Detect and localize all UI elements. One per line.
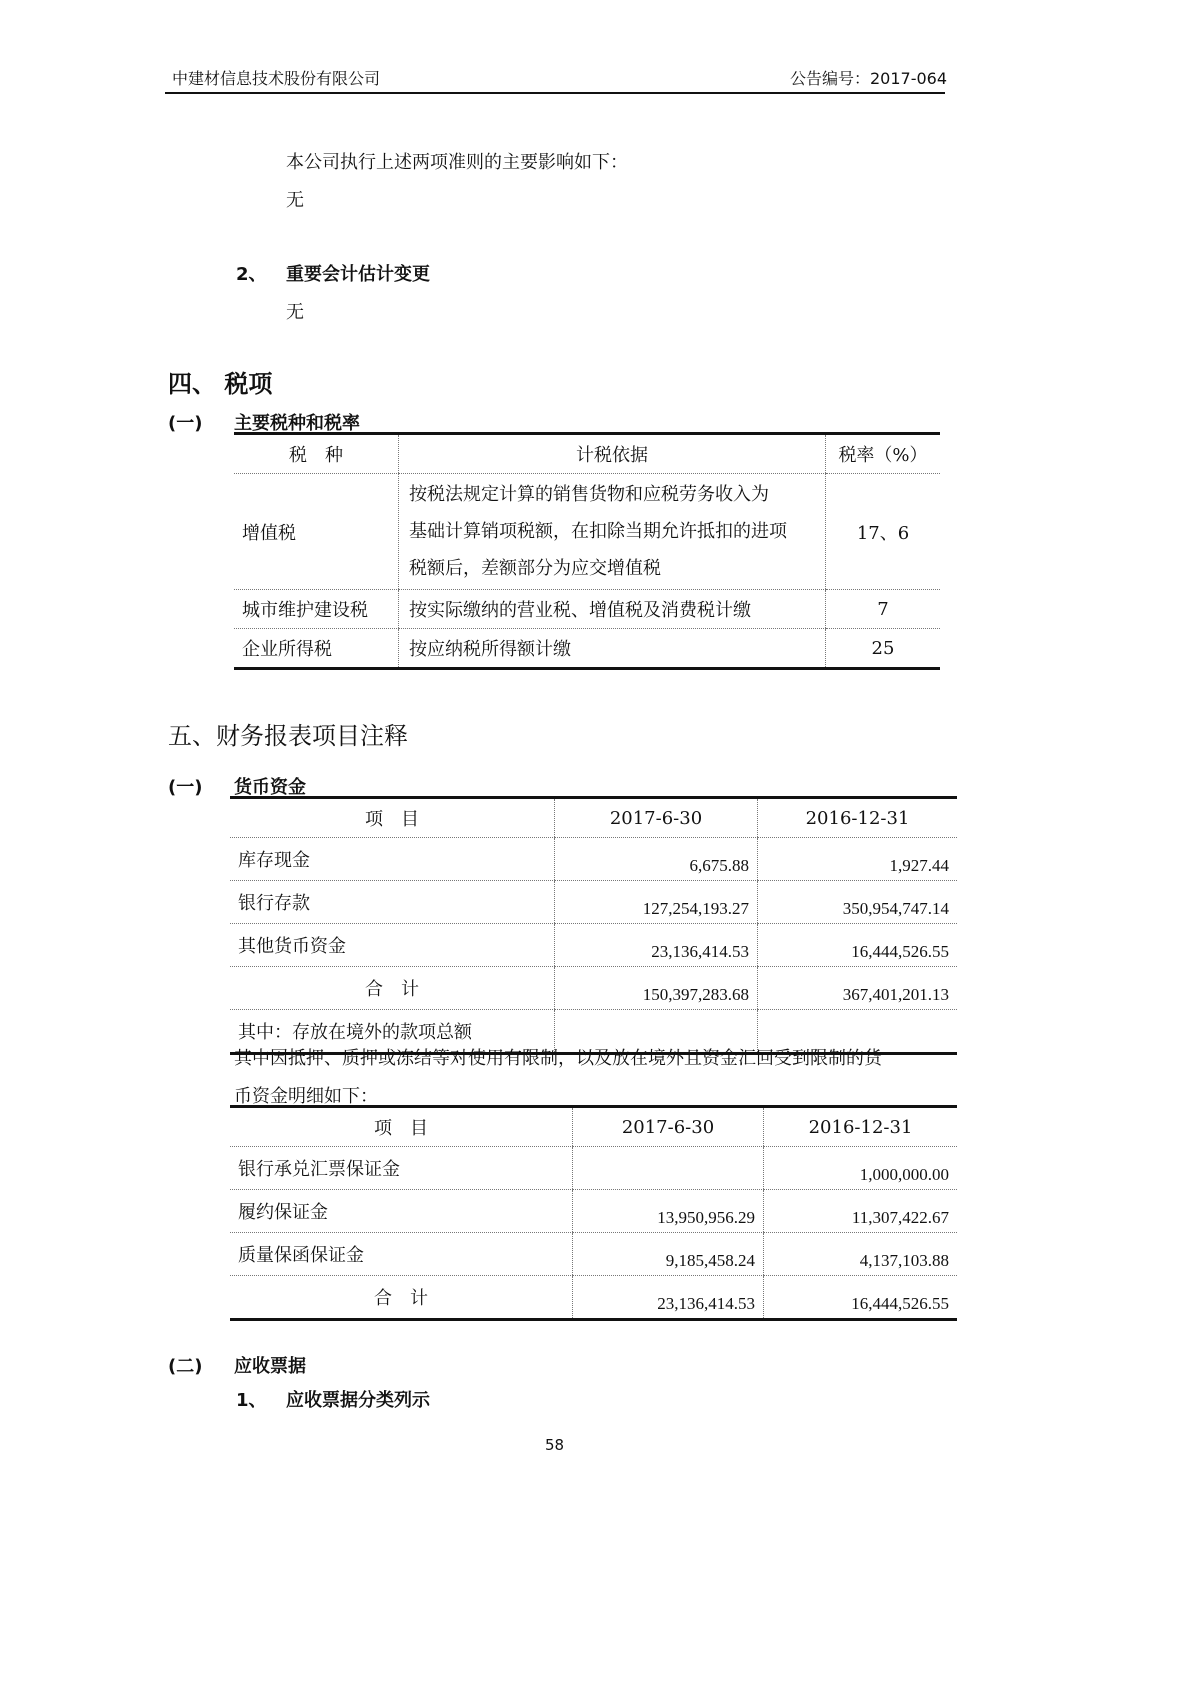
th-tax-type: 税 种 xyxy=(234,434,399,474)
table-row: 合 计150,397,283.68367,401,201.13 xyxy=(230,967,957,1010)
restricted-table: 项 目 2017-6-30 2016-12-31 银行承兑汇票保证金1,000,… xyxy=(230,1105,957,1321)
cell-value: 16,444,526.55 xyxy=(758,924,958,967)
cash-table: 项 目 2017-6-30 2016-12-31 库存现金6,675.881,9… xyxy=(230,796,957,1055)
cell-basis: 按应纳税所得额计缴 xyxy=(399,629,826,669)
company-name: 中建材信息技术股份有限公司 xyxy=(172,66,380,89)
cell-item: 其他货币资金 xyxy=(230,924,555,967)
notes-sub-num: (二) xyxy=(168,1352,202,1378)
th-item: 项 目 xyxy=(230,798,555,838)
cell-name: 增值税 xyxy=(234,474,399,590)
cell-basis: 按实际缴纳的营业税、增值税及消费税计缴 xyxy=(399,590,826,629)
notes-item-title: 应收票据分类列示 xyxy=(286,1386,430,1412)
table-row: 企业所得税 按应纳税所得额计缴 25 xyxy=(234,629,940,669)
page-number: 58 xyxy=(545,1436,564,1454)
basis-line: 按税法规定计算的销售货物和应税劳务收入为 xyxy=(409,476,815,513)
cell-rate: 7 xyxy=(826,590,941,629)
cell-name: 企业所得税 xyxy=(234,629,399,669)
intro-none: 无 xyxy=(286,186,304,212)
item2-num: 2、 xyxy=(236,260,267,286)
cell-value: 6,675.88 xyxy=(555,838,758,881)
cell-value xyxy=(573,1147,764,1190)
cell-value: 11,307,422.67 xyxy=(764,1190,958,1233)
cell-rate: 25 xyxy=(826,629,941,669)
section5-sub-num: (一) xyxy=(168,773,202,799)
section4-title: 四、 税项 xyxy=(168,364,272,399)
cell-name: 城市维护建设税 xyxy=(234,590,399,629)
th-item: 项 目 xyxy=(230,1107,573,1147)
tax-table: 税 种 计税依据 税率（%） 增值税 按税法规定计算的销售货物和应税劳务收入为 … xyxy=(234,432,940,670)
item2-title: 重要会计估计变更 xyxy=(286,260,430,286)
cell-value: 13,950,956.29 xyxy=(573,1190,764,1233)
section4-sub-num: (一) xyxy=(168,409,202,435)
table-row: 其他货币资金23,136,414.5316,444,526.55 xyxy=(230,924,957,967)
cell-value: 127,254,193.27 xyxy=(555,881,758,924)
table-row: 城市维护建设税 按实际缴纳的营业税、增值税及消费税计缴 7 xyxy=(234,590,940,629)
cell-item: 履约保证金 xyxy=(230,1190,573,1233)
cell-rate: 17、6 xyxy=(826,474,941,590)
notice-number: 公告编号：2017-064 xyxy=(790,66,947,89)
section5-title: 五、财务报表项目注释 xyxy=(168,716,408,751)
header-rule xyxy=(165,92,945,94)
th-date-2017: 2017-6-30 xyxy=(555,798,758,838)
cell-item: 银行存款 xyxy=(230,881,555,924)
cell-item: 质量保函保证金 xyxy=(230,1233,573,1276)
cell-value: 16,444,526.55 xyxy=(764,1276,958,1320)
cell-value: 1,000,000.00 xyxy=(764,1147,958,1190)
notes-sub-title: 应收票据 xyxy=(234,1352,306,1378)
table-row: 增值税 按税法规定计算的销售货物和应税劳务收入为 基础计算销项税额，在扣除当期允… xyxy=(234,474,940,590)
restricted-text-1: 其中因抵押、质押或冻结等对使用有限制，以及放在境外且资金汇回受到限制的货 xyxy=(234,1044,882,1070)
table-row: 库存现金6,675.881,927.44 xyxy=(230,838,957,881)
th-date-2016: 2016-12-31 xyxy=(764,1107,958,1147)
table-row: 履约保证金13,950,956.2911,307,422.67 xyxy=(230,1190,957,1233)
cell-value: 23,136,414.53 xyxy=(573,1276,764,1320)
th-date-2016: 2016-12-31 xyxy=(758,798,958,838)
cell-item: 银行承兑汇票保证金 xyxy=(230,1147,573,1190)
cell-value: 150,397,283.68 xyxy=(555,967,758,1010)
cell-value: 350,954,747.14 xyxy=(758,881,958,924)
cell-value: 1,927.44 xyxy=(758,838,958,881)
table-row: 合 计23,136,414.5316,444,526.55 xyxy=(230,1276,957,1320)
cell-value: 9,185,458.24 xyxy=(573,1233,764,1276)
th-tax-basis: 计税依据 xyxy=(399,434,826,474)
basis-line: 税额后，差额部分为应交增值税 xyxy=(409,550,815,587)
item2-body: 无 xyxy=(286,298,304,324)
cell-value: 23,136,414.53 xyxy=(555,924,758,967)
cell-item: 库存现金 xyxy=(230,838,555,881)
th-date-2017: 2017-6-30 xyxy=(573,1107,764,1147)
table-row: 银行存款127,254,193.27350,954,747.14 xyxy=(230,881,957,924)
cell-item: 合 计 xyxy=(230,1276,573,1320)
notes-item-num: 1、 xyxy=(236,1386,267,1412)
basis-line: 基础计算销项税额，在扣除当期允许抵扣的进项 xyxy=(409,513,815,550)
cell-value: 367,401,201.13 xyxy=(758,967,958,1010)
intro-text: 本公司执行上述两项准则的主要影响如下： xyxy=(286,148,628,174)
th-tax-rate: 税率（%） xyxy=(826,434,941,474)
cell-basis: 按税法规定计算的销售货物和应税劳务收入为 基础计算销项税额，在扣除当期允许抵扣的… xyxy=(399,474,826,590)
cell-item: 合 计 xyxy=(230,967,555,1010)
cell-value: 4,137,103.88 xyxy=(764,1233,958,1276)
table-row: 银行承兑汇票保证金1,000,000.00 xyxy=(230,1147,957,1190)
table-row: 质量保函保证金9,185,458.244,137,103.88 xyxy=(230,1233,957,1276)
